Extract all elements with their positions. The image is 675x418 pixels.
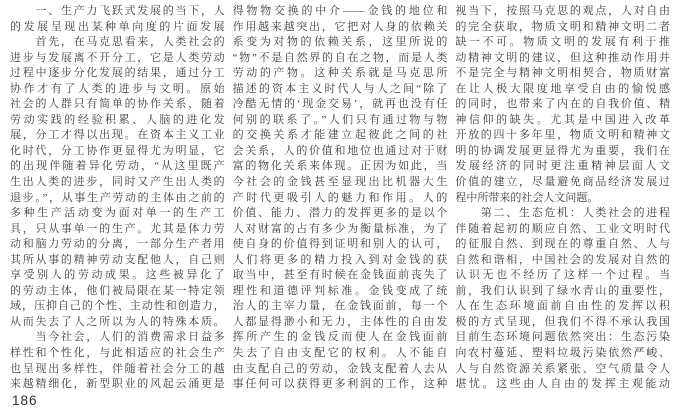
text-column-left: 一、生产力飞跃式发展的当下，人的发展呈现出某种单向度的片面发展 首先，在马克思看… [10,4,225,393]
text-line: 享受别人的劳动成果。这些被异化了 [10,268,225,284]
text-line: 发展经济的同时更注重精神层面人文 [455,159,670,175]
text-line: 人与自然资源关系紧张、空气质量令人 [455,362,670,378]
document-page: 一、生产力飞跃式发展的当下，人的发展呈现出某种单向度的片面发展 首先，在马克思看… [0,0,675,418]
text-line: 使自身的价值得到证明和别人的认可， [233,237,448,253]
text-line: 人们将更多的精力投入到对金钱的获 [233,253,448,269]
text-line: 首先，在马克思看来，人类社会的 [10,35,225,51]
text-line: 社会的人群只有简单的协作关系，随着 [10,97,225,113]
text-line: 的征服自然、到现在的尊重自然、人与 [455,237,670,253]
text-line: 治人的主宰力量，在金钱面前，每一个 [233,299,448,315]
text-line: 从而失去了人之所以为人的特殊本质。 [10,315,225,331]
text-line: 劳动实践的经验积累、人脑的进化发 [10,113,225,129]
text-line: 的发展呈现出某种单向度的片面发展 [10,20,225,36]
text-line: 产时代更吸引人的魅力和作用。人的 [233,191,448,207]
text-line: 神信仰的缺失。尤其是中国进入改革 [455,113,670,129]
text-line: 展，分工才得以出现。在资本主义工业 [10,128,225,144]
text-line: 挥所产生的金钱反而使人在金钱面前 [233,330,448,346]
text-line: 作用越来越突出，它把对人身的依赖关 [233,20,448,36]
text-line: 失去了自由支配它的权利。人不能自 [233,346,448,362]
text-line: 伴随着起初的顺应自然、工业文明时代 [455,222,670,238]
text-line: 人对财富的占有多少为衡量标准，为了 [233,222,448,238]
text-line: 取当中，甚至有时候在金钱面前丧失了 [233,268,448,284]
text-line: 事任何可以获得更多利润的工作，这种 [233,377,448,393]
text-line: 价值、能力、潜力的发挥更多的是以个 [233,206,448,222]
text-line: 冷酷无情的‘现金交易’，就再也没有任 [233,97,448,113]
text-line: 人在生态环境面前自由性的发挥以积 [455,299,670,315]
text-line: 的出现伴随着异化劳动，“从这里既产 [10,159,225,175]
text-column-right: 视当下，按照马克思的观点，人对自由的完全获取，物质文明和精神文明二者缺一不可。物… [455,4,670,393]
text-line: 缺一不可。物质文明的发展有利于推 [455,35,670,51]
text-column-center: 得物物交换的中介——金钱的地位和作用越来越突出，它把对人身的依赖关系变为对物的依… [233,4,448,393]
text-line: 动精神文明的建议，但这种推动作用并 [455,51,670,67]
text-line: 的劳动主体，他们被局限在某一特定领 [10,284,225,300]
text-line: 前，我们认识到了绿水青山的重要性， [455,284,670,300]
text-line: 第二、生态危机：人类社会的进程 [455,206,670,222]
text-line: 域，压抑自己的个性、主动性和创造力， [10,299,225,315]
text-line: 过程中逐步分化发展的结果，通过分工 [10,66,225,82]
text-line: 由支配自己的劳动，金钱支配着人去从 [233,362,448,378]
text-line: 系变为对物的依赖关系，这里所说的 [233,35,448,51]
text-line: 视当下，按照马克思的观点，人对自由 [455,4,670,20]
text-line: 的交换关系才能建立起彼此之间的社 [233,128,448,144]
text-line: 会关系，人的价值和地位也通过对于财 [233,144,448,160]
text-line: 具，只从事单一的生产。尤其是体力劳 [10,222,225,238]
text-line: 价值的建立，尽量避免商品经济发展过 [455,175,670,191]
text-line: 开放的四十多年里，物质文明和精神文 [455,128,670,144]
text-line: 理性和道德评判标准。金钱变成了统 [233,284,448,300]
text-line: 化时代，分工协作更显得尤为明显，它 [10,144,225,160]
text-line: 来越精细化，新型职业的风起云涌更是 [10,377,225,393]
text-line: 何别的联系了。”人们只有通过物与物 [233,113,448,129]
text-line: 劳动的产物。这种关系就是马克思所 [233,66,448,82]
text-line: 样性和个性化，与此相适应的社会生产 [10,346,225,362]
text-line: 人都显得渺小和无力，主体性的自由发 [233,315,448,331]
text-line: 的同时，也带来了内在的自我价值、精 [455,97,670,113]
text-line: 富的物化关系来体现。正因为如此，当 [233,159,448,175]
text-line: 进步与发展离不开分工，它是人类劳动 [10,51,225,67]
text-line: 堪忧。这些由人自由的发挥主观能动 [455,377,670,393]
text-line: “物”不是自然界的自在之物，而是人类 [233,51,448,67]
text-line: 协作才有了人类的进步与文明。原始 [10,82,225,98]
text-line: 在让人极大限度地享受自由的愉悦感 [455,82,670,98]
text-line: 一、生产力飞跃式发展的当下，人 [10,4,225,20]
text-line: 退步。”，从事生产劳动的主体由之前的 [10,191,225,207]
text-line: 极的方式呈现，但我们不得不承认我国 [455,315,670,331]
text-line: 的完全获取，物质文明和精神文明二者 [455,20,670,36]
text-line: 动和脑力劳动的分离，一部分生产者用 [10,237,225,253]
text-line: 自然和谐相，中国社会的发展对自然的 [455,253,670,269]
text-columns: 一、生产力飞跃式发展的当下，人的发展呈现出某种单向度的片面发展 首先，在马克思看… [10,4,670,393]
text-line: 多种生产活动变为面对单一的生产工 [10,206,225,222]
text-line: 不是完全与精神文明相契合，物质财富 [455,66,670,82]
text-line: 得物物交换的中介——金钱的地位和 [233,4,448,20]
text-line: 今社会的金钱甚至显现出比机器大生 [233,175,448,191]
text-line: 其所从事的精神劳动支配他人，自己则 [10,253,225,269]
text-line: 目前生态环境问题依然突出：生态污染 [455,330,670,346]
text-line: 生出人类的进步，同时又产生出人类的 [10,175,225,191]
text-line: 也呈现出多样性，伴随着社会分工的越 [10,362,225,378]
text-line: 明的协调发展更显得尤为重要，我们在 [455,144,670,160]
text-line: 程中所带来的社会人文问题。 [455,191,670,207]
text-line: 向农村蔓延、塑料垃圾污染依然严峻、 [455,346,670,362]
text-line: 认识无也不经历了这样一个过程。当 [455,268,670,284]
page-number: 186 [12,393,38,408]
text-line: 描述的资本主义时代人与人之间“除了 [233,82,448,98]
text-line: 当今社会，人们的消费需求日益多 [10,330,225,346]
